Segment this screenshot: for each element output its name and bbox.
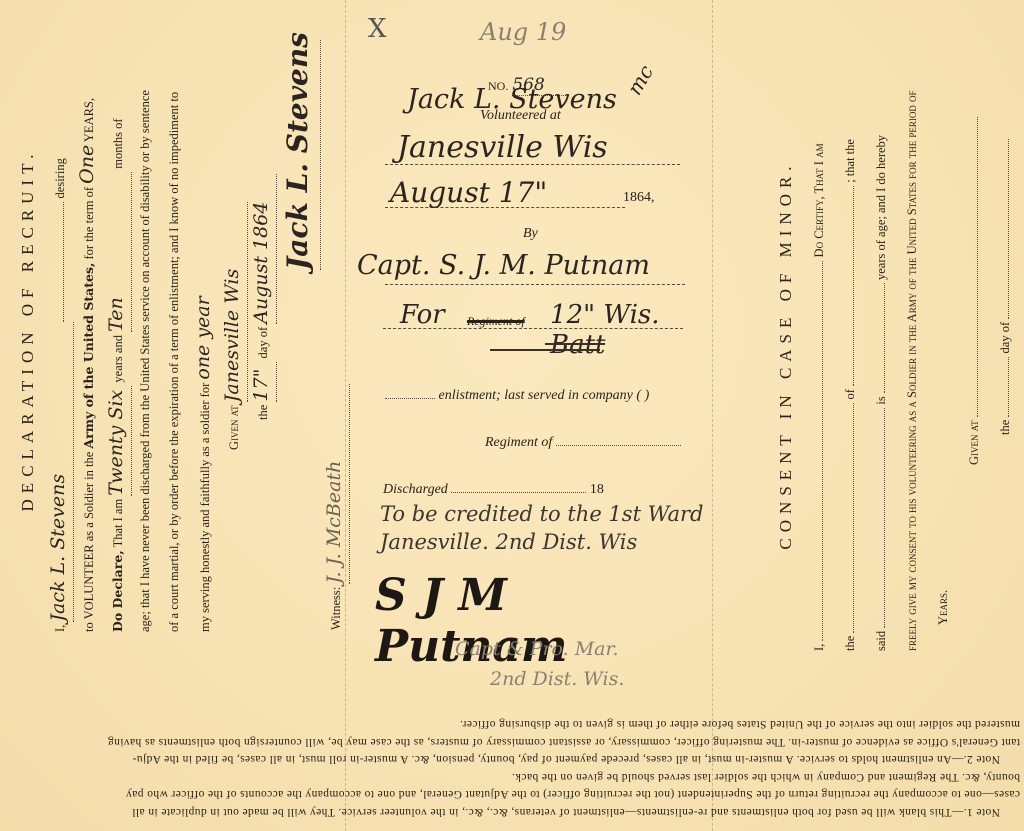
- unit-name: 12" Wis. Batt: [550, 300, 705, 360]
- witness-signature: J. J. McBeath: [320, 384, 350, 584]
- consent-line-3: said is years of age; and I do hereby: [866, 45, 897, 665]
- witness-row: Witness: J. J. McBeath: [320, 10, 349, 650]
- witness-label: Witness:: [329, 587, 343, 630]
- recruit-signature-row: Jack L. Stevens: [276, 10, 320, 650]
- discharged-label: Discharged: [383, 482, 448, 497]
- declaration-line-1: I, Jack L. Stevens desiring: [44, 10, 73, 650]
- regiment-of-label: Regiment of: [485, 435, 681, 451]
- consent-the: the: [843, 636, 857, 651]
- note-1-line-3: bounty, &c. The Regiment and Company in …: [30, 768, 1020, 786]
- declaration-line-6: my serving honestly and faithfully as a …: [189, 10, 218, 650]
- service-term-hand: one year: [192, 296, 214, 379]
- consent-said: said: [874, 631, 888, 651]
- consent-is: is: [874, 396, 888, 404]
- age-months-hand: Ten: [102, 172, 132, 332]
- note-2-line-2: tant General's Office as evidence of mus…: [30, 733, 1020, 751]
- regiment-struck-out: Regiment of: [467, 314, 525, 329]
- struck-line-2: [545, 343, 605, 345]
- declaration-line-3: Do Declare, That I am Twenty Six years a…: [102, 10, 131, 650]
- credit-line-2: Janesville. 2nd Dist. Wis: [380, 530, 637, 554]
- age-years-hand: Twenty Six: [102, 386, 132, 496]
- decl-desiring: desiring: [53, 158, 67, 198]
- declaration-given-at: Given at Janesville Wis: [218, 10, 247, 650]
- given-at-hand: Janesville Wis: [218, 202, 248, 402]
- decl-years-and: years and: [111, 335, 125, 383]
- consent-line-4: freely give my consent to his volunteeri…: [897, 45, 928, 665]
- credit-line-1: To be credited to the 1st Ward: [380, 502, 703, 526]
- discharged-blank: [451, 492, 586, 493]
- consent-that-the: ; that the: [843, 139, 857, 183]
- consent-line-1: I, Do Certify, That I am: [804, 45, 835, 665]
- enlistment-text: enlistment; last served in company ( ): [439, 388, 650, 403]
- consent-line-2: the of ; that the: [835, 45, 866, 665]
- decl-army-text: Army of the United States,: [81, 263, 96, 449]
- consent-i: I,: [812, 644, 826, 651]
- consent-of-minor-panel: CONSENT IN CASE OF MINOR. I, Do Certify,…: [770, 45, 1020, 665]
- consent-given-at: Given at: [959, 45, 990, 665]
- declaration-given-date: the 17" day of August 1864: [247, 10, 276, 650]
- decl-years-text: YEARS,: [82, 98, 96, 142]
- by-label: By: [523, 226, 538, 242]
- decl-do-declare: Do Declare,: [110, 550, 125, 632]
- officer-line: [385, 284, 685, 285]
- enlistment-blank: [385, 398, 435, 399]
- volunteered-at-label: Volunteered at: [480, 108, 561, 124]
- enlisting-officer: Capt. S. J. M. Putnam: [357, 250, 650, 281]
- form-notes-inverted: Note 1.—This blank will be used for both…: [30, 690, 1020, 820]
- decl-serving-text: my serving honestly and faithfully as a …: [198, 383, 212, 632]
- day-of-label: day of: [256, 327, 270, 359]
- month-year-hand: August 1864: [247, 174, 277, 324]
- officer-title-1: Capt & Pro. Mar.: [455, 638, 619, 660]
- recruit-signature: Jack L. Stevens: [276, 40, 321, 270]
- consent-given-date: the day of: [990, 45, 1021, 665]
- decl-i: I,: [53, 625, 67, 632]
- note-1-line-1: Note 1.—This blank will be used for both…: [30, 803, 1020, 821]
- consent-of: of: [843, 389, 857, 399]
- regiment-of-blank: [556, 445, 681, 446]
- volunteered-place: Janesville Wis: [397, 130, 608, 165]
- for-word: For: [400, 300, 445, 330]
- regiment-of-text: Regiment of: [485, 435, 552, 450]
- the-label: the: [256, 405, 270, 420]
- officer-title-2: 2nd Dist. Wis.: [490, 668, 624, 690]
- discharged-row: Discharged 18: [383, 482, 604, 498]
- declaration-line-2: to VOLUNTEER as a Soldier in the Army of…: [73, 10, 102, 650]
- consent-title: CONSENT IN CASE OF MINOR.: [776, 45, 796, 665]
- note-1-line-2: cases—one to accompany the recruiting re…: [30, 785, 1020, 803]
- consent-the-label: the: [998, 420, 1012, 435]
- recruit-name-hand: Jack L. Stevens: [44, 322, 74, 622]
- consent-day-of-label: day of: [998, 322, 1012, 354]
- consent-given-at-label: Given at: [967, 420, 981, 465]
- discharged-year: 18: [590, 482, 604, 497]
- decl-i-am: That I am: [111, 499, 125, 548]
- consent-certify: Do Certify, That I am: [812, 143, 826, 257]
- consent-line-5: Years.: [928, 45, 959, 665]
- declaration-line-5: of a court martial, or by order before t…: [160, 10, 189, 650]
- note-2-line-1: Note 2.—An enlistment holds to service. …: [30, 750, 1020, 768]
- note-2-line-3: mustered the soldier into the service of…: [30, 715, 1020, 733]
- declaration-line-4: age; that I have never been discharged f…: [131, 10, 160, 650]
- declaration-of-recruit-panel: DECLARATION OF RECRUIT. I, Jack L. Steve…: [10, 10, 330, 650]
- document-page: X Aug 19 mc NO. 568 Jack L. Stevens Volu…: [0, 0, 1024, 831]
- term-years-hand: One: [76, 145, 98, 184]
- enlistment-label: enlistment; last served in company ( ): [385, 388, 649, 404]
- declaration-title: DECLARATION OF RECRUIT.: [18, 10, 38, 650]
- day-hand: 17": [247, 362, 277, 402]
- decl-term-text: for the term of: [82, 187, 96, 260]
- decl-months-of: months of: [111, 118, 125, 168]
- struck-line: [490, 349, 600, 351]
- decl-volunteer-text: to VOLUNTEER as a Soldier in the: [82, 452, 96, 632]
- volunteered-year: 1864,: [623, 190, 655, 206]
- consent-years-of-age: years of age; and I do hereby: [874, 135, 888, 280]
- volunteered-date: August 17": [390, 176, 547, 209]
- enlistment-record-panel: NO. 568 Jack L. Stevens Volunteered at J…: [345, 0, 705, 700]
- given-at-label: Given at: [227, 405, 241, 450]
